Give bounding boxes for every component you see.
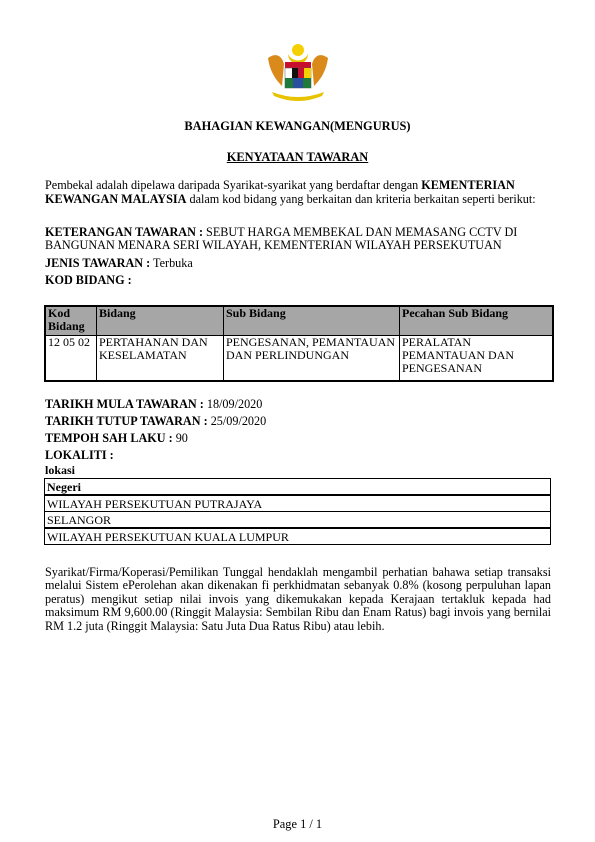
- col-pecahan-sub-bidang: Pecahan Sub Bidang: [400, 306, 554, 336]
- coat-of-arms-icon: [262, 40, 334, 104]
- col-bidang: Bidang: [97, 306, 224, 336]
- col-kod-bidang: Kod Bidang: [45, 306, 97, 336]
- validity-period: TEMPOH SAH LAKU : 90: [45, 431, 188, 446]
- kod-bidang-label: KOD BIDANG :: [45, 273, 132, 288]
- page-number: Page 1 / 1: [0, 817, 595, 832]
- col-sub-bidang: Sub Bidang: [224, 306, 400, 336]
- kod-bidang-table: Kod Bidang Bidang Sub Bidang Pecahan Sub…: [44, 305, 554, 382]
- service-fee-notice: Syarikat/Firma/Koperasi/Pemilikan Tungga…: [45, 566, 551, 633]
- closing-date: TARIKH TUTUP TAWARAN : 25/09/2020: [45, 414, 266, 429]
- location-label: lokasi: [45, 463, 75, 478]
- start-date: TARIKH MULA TAWARAN : 18/09/2020: [45, 397, 262, 412]
- offer-description: KETERANGAN TAWARAN : SEBUT HARGA MEMBEKA…: [45, 226, 555, 252]
- col-negeri: Negeri: [45, 479, 551, 496]
- table-row: 12 05 02 PERTAHANAN DAN KESELAMATAN PENG…: [45, 336, 553, 382]
- location-table: Negeri WILAYAH PERSEKUTUAN PUTRAJAYA SEL…: [44, 478, 551, 545]
- table-row: WILAYAH PERSEKUTUAN PUTRAJAYA: [45, 495, 551, 512]
- table-row: WILAYAH PERSEKUTUAN KUALA LUMPUR: [45, 528, 551, 545]
- agency-name: BAHAGIAN KEWANGAN(MENGURUS): [0, 119, 595, 134]
- locality-label: LOKALITI :: [45, 448, 114, 463]
- document-title: KENYATAAN TAWARAN: [0, 150, 595, 165]
- offer-type: JENIS TAWARAN : Terbuka: [45, 256, 193, 271]
- intro-paragraph: Pembekal adalah dipelawa daripada Syarik…: [45, 179, 550, 206]
- table-row: SELANGOR: [45, 512, 551, 529]
